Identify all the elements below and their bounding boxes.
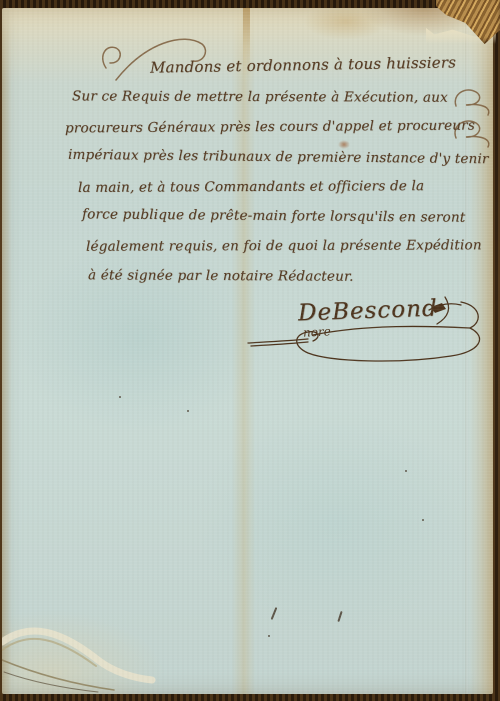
ink-scratch	[337, 611, 342, 622]
ink-dot	[405, 470, 407, 472]
text-line: impériaux près les tribunaux de première…	[68, 147, 489, 167]
text-line: Sur ce Requis de mettre la présente à Ex…	[72, 88, 448, 105]
text-line: procureurs Généraux près les cours d'app…	[65, 118, 475, 137]
text-line: légalement requis, en foi de quoi la pré…	[86, 237, 482, 254]
photo-backdrop: Mandons et ordonnons à tous huissiers Su…	[0, 0, 500, 701]
ink-stain	[338, 140, 350, 149]
margin-curl-icon	[450, 84, 494, 118]
ink-dot	[187, 410, 189, 412]
ink-dot	[422, 519, 424, 521]
text-line: force publique de prête-main forte lorsq…	[82, 206, 466, 225]
document-paper: Mandons et ordonnons à tous huissiers Su…	[2, 8, 493, 694]
signature-name: DeBescond	[298, 296, 438, 327]
bottom-left-creases	[2, 614, 172, 694]
ink-dot	[119, 396, 121, 398]
signature-title: nore	[303, 324, 331, 339]
ink-scratch	[271, 607, 278, 620]
ink-dot	[268, 635, 270, 637]
text-line: Mandons et ordonnons à tous huissiers	[150, 53, 456, 76]
text-line: la main, et à tous Commandants et offici…	[78, 178, 424, 196]
text-line: à été signée par le notaire Rédacteur.	[88, 267, 354, 284]
